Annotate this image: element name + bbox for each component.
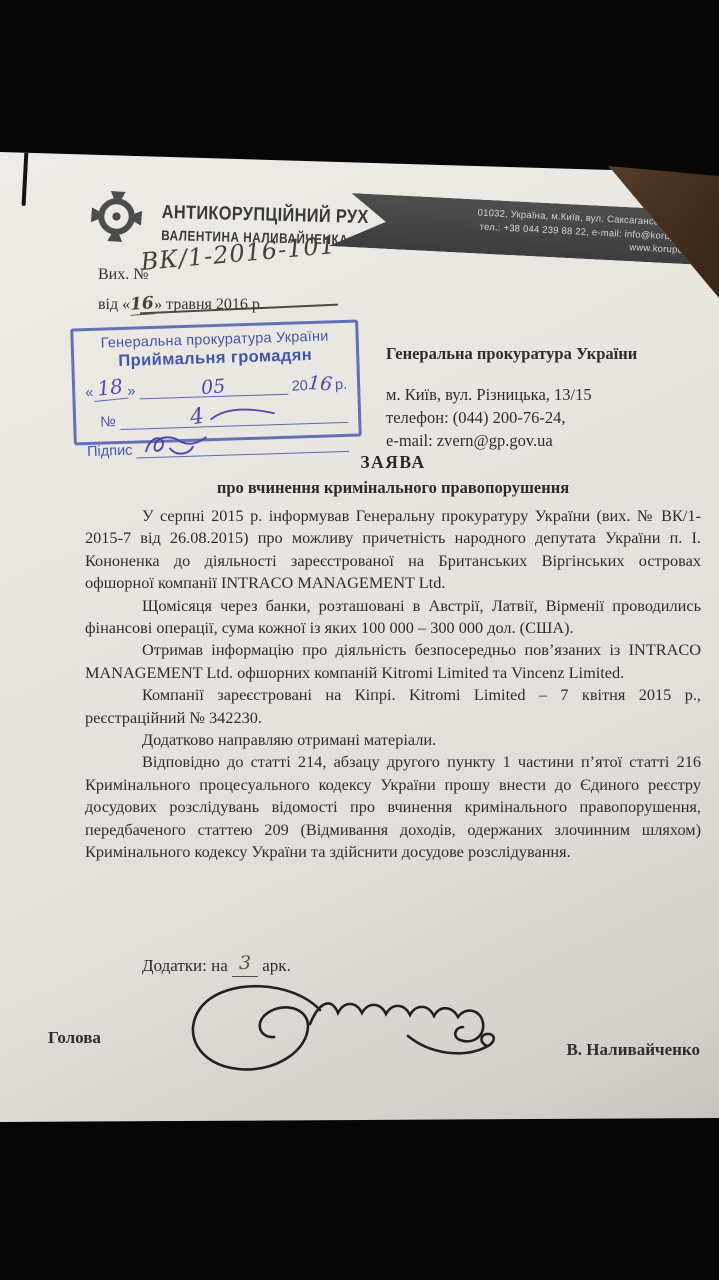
paragraph-4: Компанії зареєстровані на Кіпрі. Kitromi… <box>85 684 701 729</box>
paragraph-1: У серпні 2015 р. інформував Генеральну п… <box>85 505 701 595</box>
paragraph-2: Щомісяця через банки, розташовані в Авст… <box>85 595 701 640</box>
stamp-quote-close: » <box>127 384 136 400</box>
stamp-year-suffix: р. <box>335 377 348 393</box>
outgoing-ref-date: від «16» травня 2016 р. <box>98 294 264 315</box>
document-body: У серпні 2015 р. інформував Генеральну п… <box>85 505 701 864</box>
paragraph-3: Отримав інформацію про діяльність безпос… <box>85 639 701 684</box>
paper-edge-mark <box>22 150 29 206</box>
stamp-date-row: « 18 » 05 2016 р. <box>85 368 348 401</box>
stamp-month-handwritten: 05 <box>201 375 227 399</box>
handwritten-signature-icon <box>168 970 513 1095</box>
signer-role: Голова <box>48 1028 101 1048</box>
addressee-name: Генеральна прокуратура України <box>386 344 686 364</box>
stamp-day-handwritten: 18 <box>92 374 128 402</box>
signer-name: В. Наливайченко <box>520 1040 700 1060</box>
stamp-year-printed: 20 <box>291 378 308 394</box>
title-line1: ЗАЯВА <box>85 452 701 473</box>
paragraph-5: Додатково направляю отримані матеріали. <box>85 729 701 751</box>
date-suffix: » травня 2016 р. <box>154 296 264 313</box>
addressee-block: Генеральна прокуратура України м. Київ, … <box>386 344 686 452</box>
addressee-phone: телефон: (044) 200-76-24, <box>386 406 686 429</box>
stamp-number-row: № 4 <box>86 397 349 431</box>
addressee-email: e-mail: zvern@gp.gov.ua <box>386 429 686 452</box>
document-title: ЗАЯВА про вчинення кримінального правопо… <box>85 452 701 498</box>
stamp-number-label: № <box>100 414 116 430</box>
date-prefix: від « <box>98 296 130 313</box>
title-line2: про вчинення кримінального правопорушенн… <box>85 478 701 498</box>
addressee-address: м. Київ, вул. Різницька, 13/15 <box>386 383 686 406</box>
org-logo-icon <box>85 185 148 248</box>
document-sheet: АНТИКОРУПЦІЙНИЙ РУХ ВАЛЕНТИНА НАЛИВАЙЧЕН… <box>0 148 719 1124</box>
paragraph-6: Відповідно до статті 214, абзацу другого… <box>85 751 701 863</box>
stamp-number-handwritten: 4 <box>188 404 205 431</box>
org-name-line1: АНТИКОРУПЦІЙНИЙ РУХ <box>161 202 368 229</box>
stamp-year-handwritten: 16 <box>307 372 333 396</box>
stamp-pen-flourish-icon <box>208 406 278 422</box>
prosecutor-office-stamp: Генеральна прокуратура України Приймальн… <box>70 320 362 446</box>
date-day-handwritten: 16 <box>129 293 154 316</box>
